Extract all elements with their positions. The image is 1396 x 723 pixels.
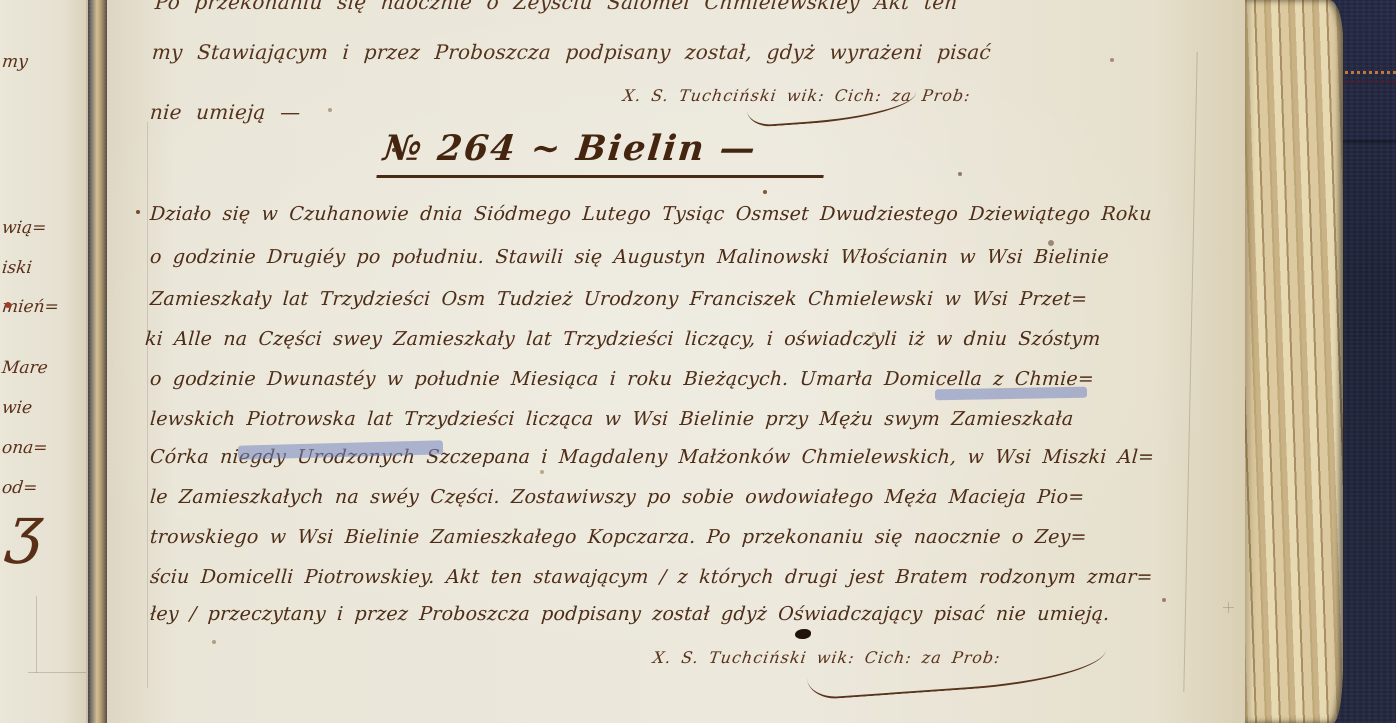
ruled-margin-left — [147, 122, 148, 688]
prev-record-line: my Stawiającym i przez Proboszcza podpis… — [151, 40, 992, 64]
ruled-margin-corner-v — [36, 596, 37, 673]
left-page-word-fragment: ona= — [1, 438, 49, 458]
prev-record-closing: nie umieją — — [149, 100, 301, 124]
prev-record-line: Po przekonaniu się naocznie o Zeyściu Sa… — [154, 0, 958, 14]
record-line: trowskiego w Wsi Bielinie Zamieszkałego … — [149, 526, 1087, 548]
left-page-word-fragment: wie — [1, 398, 33, 418]
left-page-word-fragment: my — [1, 52, 29, 72]
pen-flourish: ʒ — [5, 498, 47, 560]
left-page-word-fragment: mień= — [1, 297, 60, 317]
record-line: le Zamieszkałych na swéy Części. Zostawi… — [149, 486, 1085, 508]
record-line: lewskich Piotrowska lat Trzydzieści licz… — [149, 408, 1074, 430]
left-page-word-fragment: Mare — [1, 358, 49, 378]
page-edges — [1243, 0, 1343, 723]
main-page: Po przekonaniu się naocznie o Zeyściu Sa… — [107, 0, 1245, 723]
ruled-margin-right — [1183, 52, 1197, 692]
stitch-dots-dark — [1338, 80, 1396, 83]
record-line: łey / przeczytany i przez Proboszcza pod… — [149, 603, 1110, 625]
record-heading: № 264 ~ Bielin — — [376, 128, 829, 178]
left-page-word-fragment: wią= — [1, 218, 47, 238]
left-page: my wią= iski mień= Mare wie ona= od= ʒ — [0, 0, 88, 723]
record-line: ściu Domicelli Piotrowskiey. Akt ten sta… — [149, 566, 1153, 588]
record-line: o godzinie Dwunastéy w południe Miesiąca… — [149, 368, 1095, 390]
photo-scene: my wią= iski mień= Mare wie ona= od= ʒ P… — [0, 0, 1396, 723]
paper-specks — [0, 0, 4, 4]
record-line: o godzinie Drugiéy po południu. Stawili … — [149, 246, 1109, 268]
margin-tick-v — [1228, 602, 1229, 613]
record-line: ki Alle na Części swey Zamieszkały lat T… — [144, 328, 1101, 350]
left-page-word-fragment: iski — [1, 258, 33, 278]
ink-blot — [795, 629, 811, 639]
stitch-dots-orange — [1338, 71, 1396, 74]
blue-underline-mark — [935, 387, 1087, 401]
record-line: Zamieszkały lat Trzydzieści Osm Tudzież … — [149, 288, 1088, 310]
manuscript-photo: { "document": { "kind": "handwritten par… — [0, 0, 1396, 723]
record-line: Działo się w Czuhanowie dnia Siódmego Lu… — [149, 203, 1152, 225]
